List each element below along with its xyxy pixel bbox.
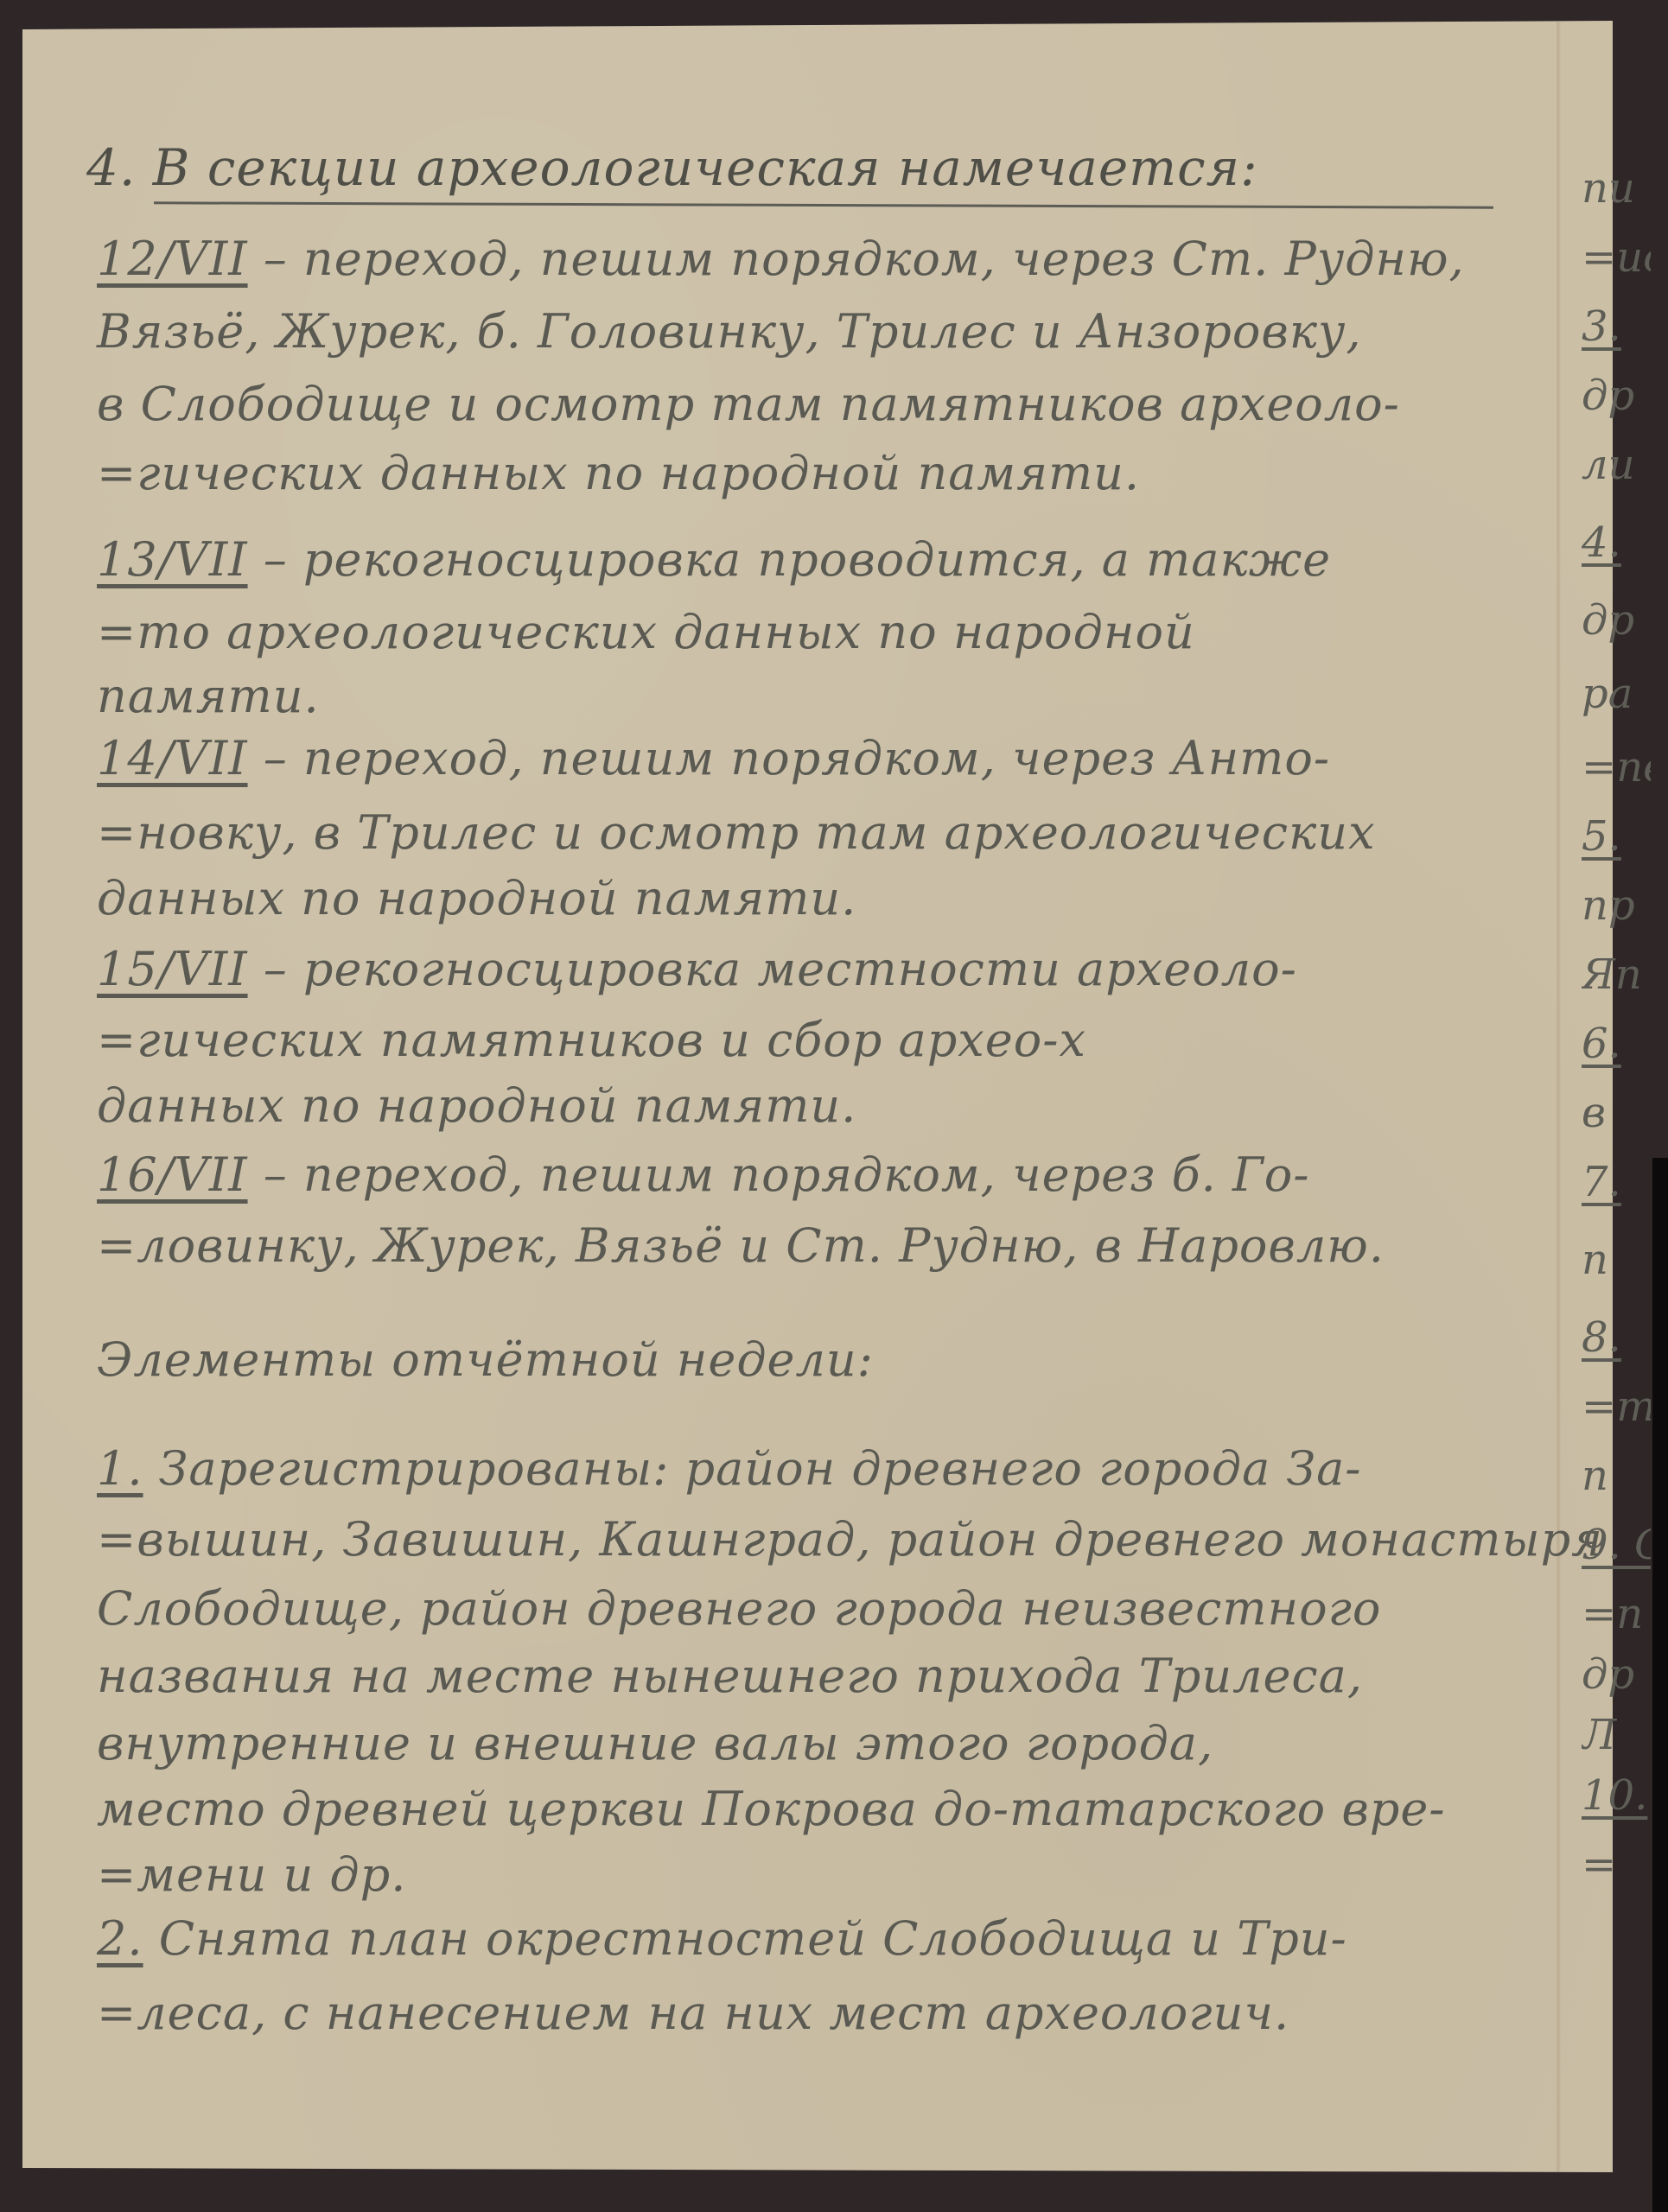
adjacent-page-fragment: др [1582, 1650, 1651, 1699]
adjacent-page-fragment: 4. [1582, 518, 1651, 567]
report-subheading: Элементы отчётной недели: [97, 1332, 874, 1387]
entry-13-line-2: =то археологических данных по народной [97, 605, 1195, 659]
item-text: Снята план окрестностей Слободища и Три- [159, 1911, 1347, 1966]
entry-15-line-3: данных по народной памяти. [97, 1078, 856, 1133]
adjacent-page-fragment: ра [1582, 670, 1651, 718]
adjacent-page-fragment: = [1582, 1840, 1651, 1889]
entry-text: – рекогносцировка проводится, а также [264, 532, 1331, 587]
entry-date: 16/VII [97, 1147, 248, 1202]
entry-14-line-3: данных по народной памяти. [97, 871, 856, 925]
entry-12-line-4: =гических данных по народной памяти. [97, 446, 1140, 500]
item-number: 1. [97, 1441, 143, 1496]
entry-13-line-3: памяти. [97, 669, 320, 723]
item-1-line-1: 1. Зарегистрированы: район древнего горо… [97, 1441, 1362, 1496]
item-1-line-6: место древней церкви Покрова до-татарско… [97, 1782, 1446, 1836]
item-1-line-2: =вышин, Завишин, Кашнград, район древнег… [97, 1512, 1603, 1567]
item-2-line-1: 2. Снята план окрестностей Слободища и Т… [97, 1911, 1347, 1966]
entry-13-line-1: 13/VII – рекогносцировка проводится, а т… [97, 532, 1331, 587]
entry-15-line-1: 15/VII – рекогносцировка местности архео… [97, 942, 1297, 996]
scan-border-right [1652, 1158, 1668, 2212]
adjacent-page-fragment: ли [1582, 441, 1651, 489]
entry-text: – переход, пешим порядком, через б. Го- [264, 1147, 1310, 1202]
adjacent-page-fragment: в [1582, 1089, 1651, 1137]
adjacent-page-fragment: 8. [1582, 1313, 1651, 1362]
adjacent-page-fragment: 10. [1582, 1771, 1651, 1820]
entry-date: 15/VII [97, 942, 248, 996]
scanned-document: 4. В секции археологическая намечается: … [0, 0, 1668, 2212]
adjacent-page-fragment: 6. [1582, 1020, 1651, 1068]
entry-12-line-3: в Слободище и осмотр там памятников архе… [97, 377, 1400, 431]
item-2-line-2: =леса, с нанесением на них мест археолог… [97, 1986, 1289, 2040]
adjacent-page-fragment: др [1582, 372, 1651, 420]
item-text: Зарегистрированы: район древнего города … [159, 1441, 1362, 1496]
item-1-line-7: =мени и др. [97, 1847, 406, 1902]
adjacent-page-fragment: пр [1582, 881, 1651, 930]
entry-date: 14/VII [97, 731, 248, 785]
entry-16-line-1: 16/VII – переход, пешим порядком, через … [97, 1147, 1309, 1202]
item-1-line-3: Слободище, район древнего города неизвес… [97, 1581, 1381, 1636]
item-1-line-5: внутренние и внешние валы этого города, [97, 1716, 1213, 1770]
entry-date: 13/VII [97, 532, 248, 587]
entry-12-line-2: Вязьё, Журек, б. Головинку, Трилес и Анз… [97, 304, 1362, 359]
entry-text: – рекогносцировка местности археоло- [264, 942, 1297, 996]
adjacent-page-fragment: др [1582, 596, 1651, 645]
adjacent-page-fragment: Яп [1582, 950, 1651, 999]
adjacent-page-fragment: пи [1582, 164, 1651, 213]
adjacent-page-fragment: =ис [1582, 233, 1651, 282]
entry-14-line-2: =новку, в Трилес и осмотр там археологич… [97, 805, 1376, 860]
entry-text: – переход, пешим порядком, через Ст. Руд… [264, 232, 1465, 286]
adjacent-page-fragment: =т [1582, 1382, 1651, 1431]
entry-14-line-1: 14/VII – переход, пешим порядком, через … [97, 731, 1330, 785]
adjacent-page-fragment: 9. С [1582, 1521, 1651, 1569]
adjacent-page-fragment: 3. [1582, 302, 1651, 351]
item-number: 2. [97, 1911, 143, 1966]
adjacent-page-fragment: п [1582, 1452, 1651, 1500]
adjacent-page-fragment: Л [1582, 1711, 1651, 1759]
entry-12-line-1: 12/VII – переход, пешим порядком, через … [97, 232, 1465, 286]
entry-15-line-2: =гических памятников и сбор архео-х [97, 1013, 1086, 1067]
entry-date: 12/VII [97, 232, 248, 286]
entry-text: – переход, пешим порядком, через Анто- [264, 731, 1330, 785]
item-1-line-4: названия на месте нынешнего прихода Трил… [97, 1649, 1363, 1703]
entry-16-line-2: =ловинку, Журек, Вязьё и Ст. Рудню, в На… [97, 1218, 1385, 1273]
adjacent-page-fragment: =пе [1582, 743, 1651, 791]
section-heading: 4. В секции археологическая намечается: [86, 138, 1258, 197]
adjacent-page-fragment: =п [1582, 1590, 1651, 1638]
adjacent-page-fragment: 7. [1582, 1158, 1651, 1206]
adjacent-page-fragment: п [1582, 1236, 1651, 1284]
page-fold-line [1556, 21, 1561, 2172]
adjacent-page-fragment: 5. [1582, 812, 1651, 861]
